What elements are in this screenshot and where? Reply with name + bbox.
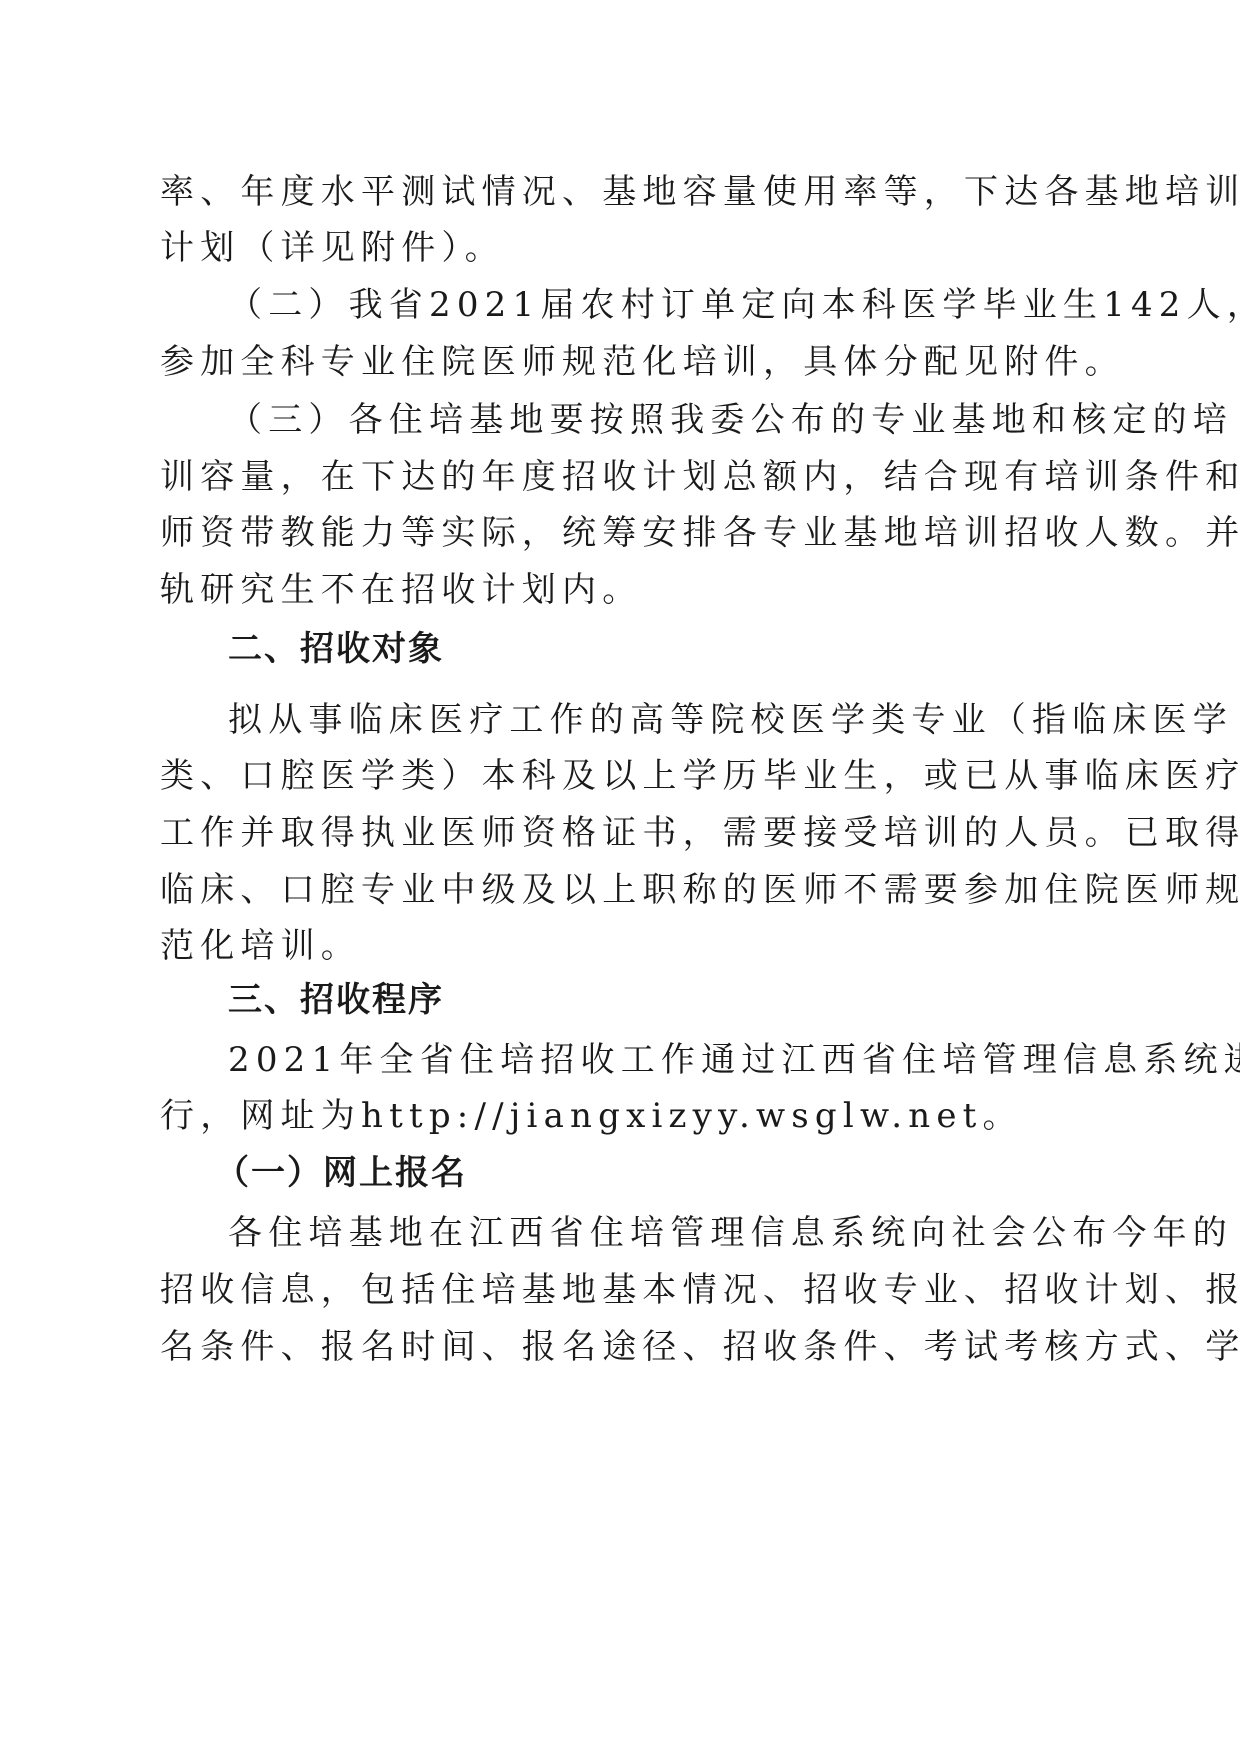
- paragraph-line: 率、年度水平测试情况、基地容量使用率等，下达各基地培训: [160, 172, 1060, 212]
- paragraph-line: 临床、口腔专业中级及以上职称的医师不需要参加住院医师规: [160, 870, 1060, 910]
- section-heading: 三、招收程序: [228, 980, 1128, 1020]
- subsection-heading: （一）网上报名: [215, 1153, 1115, 1193]
- paragraph-line: 工作并取得执业医师资格证书，需要接受培训的人员。已取得: [160, 813, 1060, 853]
- paragraph-line: 招收信息，包括住培基地基本情况、招收专业、招收计划、报: [160, 1270, 1060, 1310]
- paragraph-line: 师资带教能力等实际，统筹安排各专业基地培训招收人数。并: [160, 513, 1060, 553]
- paragraph-line: 各住培基地在江西省住培管理信息系统向社会公布今年的: [228, 1213, 1128, 1253]
- paragraph-line: 轨研究生不在招收计划内。: [160, 570, 1060, 610]
- paragraph-line: 范化培训。: [160, 926, 1060, 966]
- document-page: 率、年度水平测试情况、基地容量使用率等，下达各基地培训 计划（详见附件）。 （二…: [0, 0, 1240, 1753]
- paragraph-line: （二）我省2021届农村订单定向本科医学毕业生142人，: [228, 285, 1128, 325]
- paragraph-line: 计划（详见附件）。: [160, 228, 1060, 268]
- paragraph-line: 训容量，在下达的年度招收计划总额内，结合现有培训条件和: [160, 457, 1060, 497]
- paragraph-line: 类、口腔医学类）本科及以上学历毕业生，或已从事临床医疗: [160, 756, 1060, 796]
- paragraph-line: （三）各住培基地要按照我委公布的专业基地和核定的培: [228, 400, 1128, 440]
- paragraph-line: 拟从事临床医疗工作的高等院校医学类专业（指临床医学: [228, 700, 1128, 740]
- paragraph-line: 名条件、报名时间、报名途径、招收条件、考试考核方式、学: [160, 1327, 1060, 1367]
- paragraph-line: 2021年全省住培招收工作通过江西省住培管理信息系统进: [228, 1040, 1128, 1080]
- paragraph-line: 参加全科专业住院医师规范化培训，具体分配见附件。: [160, 342, 1060, 382]
- section-heading: 二、招收对象: [228, 629, 1128, 669]
- paragraph-line: 行，网址为http://jiangxizyy.wsglw.net。: [160, 1096, 1060, 1136]
